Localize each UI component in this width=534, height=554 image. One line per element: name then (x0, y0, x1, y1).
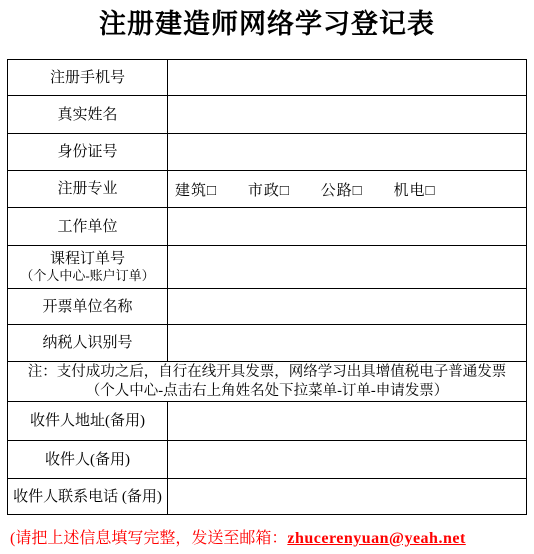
table-row-course-order: 课程订单号 （个人中心-账户订单） (8, 246, 527, 289)
label-invoice-unit: 开票单位名称 (8, 289, 168, 325)
label-real-name: 真实姓名 (8, 96, 168, 134)
invoice-note: 注：支付成功之后，自行在线开具发票，网络学习出具增值税电子普通发票 （个人中心-… (8, 362, 527, 402)
cell-invoice-unit-value[interactable] (168, 289, 527, 325)
registration-table: 注册手机号 真实姓名 身份证号 注册专业 建筑□ 市政□ 公路□ 机电□ 工作单… (7, 59, 527, 515)
cell-id-number-value[interactable] (168, 134, 527, 171)
option-construction: 建筑□ (175, 183, 217, 199)
highway-checkbox-icon[interactable]: □ (353, 183, 363, 199)
cell-recipient-address-value[interactable] (168, 402, 527, 441)
table-row-work-unit: 工作单位 (8, 208, 527, 246)
table-row-invoice-note: 注：支付成功之后，自行在线开具发票，网络学习出具增值税电子普通发票 （个人中心-… (8, 362, 527, 402)
table-row-taxpayer-id: 纳税人识别号 (8, 325, 527, 362)
table-row-registered-mobile: 注册手机号 (8, 60, 527, 96)
table-row-id-number: 身份证号 (8, 134, 527, 171)
table-row-specialty: 注册专业 建筑□ 市政□ 公路□ 机电□ (8, 171, 527, 208)
label-taxpayer-id: 纳税人识别号 (8, 325, 168, 362)
table-row-real-name: 真实姓名 (8, 96, 527, 134)
label-recipient-phone: 收件人联系电话 (备用) (8, 479, 168, 515)
cell-course-order-value[interactable] (168, 246, 527, 289)
invoice-note-line2: （个人中心-点击右上角姓名处下拉菜单-订单-申请发票） (8, 382, 526, 401)
label-course-order-main: 课程订单号 (8, 250, 167, 268)
option-mechanical-label: 机电 (393, 183, 425, 199)
construction-checkbox-icon[interactable]: □ (207, 183, 217, 199)
table-row-recipient-address: 收件人地址(备用) (8, 402, 527, 441)
cell-real-name-value[interactable] (168, 96, 527, 134)
label-course-order: 课程订单号 （个人中心-账户订单） (8, 246, 168, 289)
table-row-invoice-unit: 开票单位名称 (8, 289, 527, 325)
option-highway: 公路□ (321, 183, 363, 199)
cell-work-unit-value[interactable] (168, 208, 527, 246)
invoice-note-line1: 注：支付成功之后，自行在线开具发票，网络学习出具增值税电子普通发票 (8, 363, 526, 382)
mechanical-checkbox-icon[interactable]: □ (426, 183, 436, 199)
option-municipal-label: 市政 (248, 183, 280, 199)
cell-taxpayer-id-value[interactable] (168, 325, 527, 362)
label-id-number: 身份证号 (8, 134, 168, 171)
table-row-recipient-phone: 收件人联系电话 (备用) (8, 479, 527, 515)
label-specialty: 注册专业 (8, 171, 168, 208)
cell-registered-mobile-value[interactable] (168, 60, 527, 96)
table-row-recipient-name: 收件人(备用) (8, 441, 527, 479)
option-mechanical: 机电□ (393, 183, 435, 199)
label-recipient-address: 收件人地址(备用) (8, 402, 168, 441)
option-highway-label: 公路 (321, 183, 353, 199)
label-course-order-sub: （个人中心-账户订单） (8, 268, 167, 284)
option-construction-label: 建筑 (175, 183, 207, 199)
municipal-checkbox-icon[interactable]: □ (280, 183, 290, 199)
label-registered-mobile: 注册手机号 (8, 60, 168, 96)
footer-email-link[interactable]: zhucerenyuan@yeah.net (287, 530, 465, 547)
cell-recipient-phone-value[interactable] (168, 479, 527, 515)
footer-instruction: (请把上述信息填写完整，发送至邮箱：zhucerenyuan@yeah.net (10, 528, 534, 550)
cell-recipient-name-value[interactable] (168, 441, 527, 479)
option-municipal: 市政□ (248, 183, 290, 199)
footer-text: (请把上述信息填写完整，发送至邮箱： (10, 530, 287, 547)
page-title: 注册建造师网络学习登记表 (0, 6, 534, 42)
label-work-unit: 工作单位 (8, 208, 168, 246)
label-recipient-name: 收件人(备用) (8, 441, 168, 479)
cell-specialty-options: 建筑□ 市政□ 公路□ 机电□ (168, 171, 527, 208)
